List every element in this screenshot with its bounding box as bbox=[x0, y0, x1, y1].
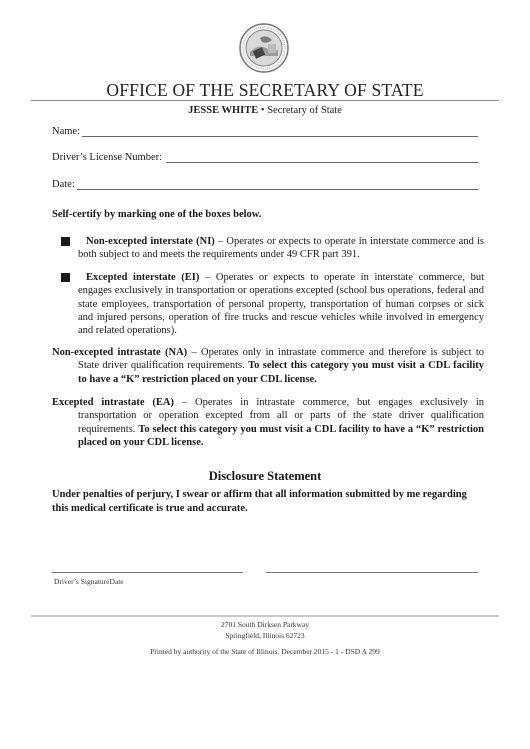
signature-line[interactable] bbox=[52, 572, 243, 573]
date-input[interactable] bbox=[77, 179, 478, 190]
name-field: Name: bbox=[52, 126, 478, 137]
signature-date-line[interactable] bbox=[266, 572, 478, 573]
date-field: Date: bbox=[52, 179, 478, 190]
state-seal-icon bbox=[238, 22, 290, 74]
filled-square-icon[interactable] bbox=[61, 237, 70, 246]
footer-divider bbox=[31, 615, 499, 617]
option-ni: Non-excepted interstate (NI) – Operates … bbox=[78, 235, 484, 262]
license-number-input[interactable] bbox=[166, 152, 478, 163]
option-ei: Excepted interstate (EI) – Operates or e… bbox=[78, 271, 484, 337]
option-ea-note: To select this category you must visit a… bbox=[78, 424, 484, 448]
name-label: Name: bbox=[52, 126, 80, 137]
date-label: Date: bbox=[52, 179, 75, 190]
name-input[interactable] bbox=[82, 126, 478, 137]
option-ei-title: Excepted interstate (EI) bbox=[86, 272, 199, 283]
signature-label: Driver’s SignatureDate bbox=[54, 577, 124, 586]
header-divider bbox=[31, 100, 499, 101]
separator-dot: • bbox=[261, 105, 265, 116]
instructions: Self-certify by marking one of the boxes… bbox=[52, 209, 261, 220]
footer-address: 2701 South Dirksen Parkway Springfield, … bbox=[0, 620, 530, 641]
license-number-label: Driver’s License Number: bbox=[52, 152, 162, 163]
filled-square-icon[interactable] bbox=[61, 273, 70, 282]
official-name: JESSE WHITE bbox=[188, 105, 258, 116]
printed-by-note: Printed by authority of the State of Ill… bbox=[0, 647, 530, 656]
official-subtitle: JESSE WHITE • Secretary of State bbox=[0, 105, 530, 116]
option-ea-title: Excepted intrastate (EA) bbox=[52, 397, 174, 408]
address-line-1: 2701 South Dirksen Parkway bbox=[0, 620, 530, 631]
office-title: OFFICE OF THE SECRETARY OF STATE bbox=[0, 80, 530, 101]
disclosure-title: Disclosure Statement bbox=[0, 469, 530, 484]
option-na-title: Non-excepted intrastate (NA) bbox=[52, 347, 187, 358]
option-ni-title: Non-excepted interstate (NI) bbox=[86, 236, 215, 247]
address-line-2: Springfield, Illinois 62723 bbox=[0, 631, 530, 642]
disclosure-text: Under penalties of perjury, I swear or a… bbox=[52, 488, 484, 516]
option-ea: Excepted intrastate (EA) – Operates in i… bbox=[52, 396, 484, 449]
license-number-field: Driver’s License Number: bbox=[52, 152, 478, 163]
option-na: Non-excepted intrastate (NA) – Operates … bbox=[52, 346, 484, 386]
official-title: Secretary of State bbox=[267, 105, 342, 116]
